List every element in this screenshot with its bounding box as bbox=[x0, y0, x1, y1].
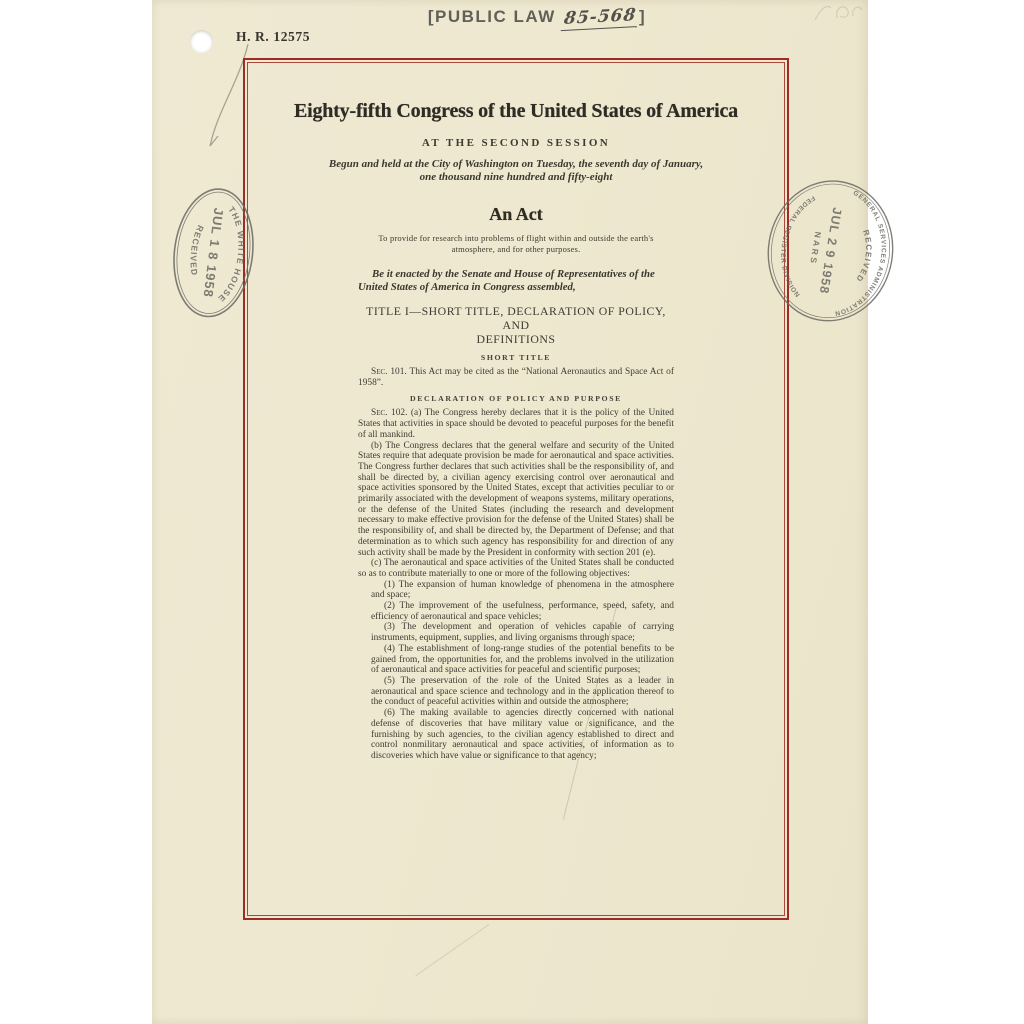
act-heading: An Act bbox=[245, 204, 787, 225]
objective-3: (3) The development and operation of veh… bbox=[371, 622, 674, 643]
enacting-line-2: United States of America in Congress ass… bbox=[358, 281, 674, 294]
public-law-number-handwritten: 85-568 bbox=[560, 5, 639, 31]
title-i-heading-line-1: TITLE I—SHORT TITLE, DECLARATION OF POLI… bbox=[358, 304, 674, 332]
declaration-caption: DECLARATION OF POLICY AND PURPOSE bbox=[358, 394, 674, 403]
convening-line-1: Begun and held at the City of Washington… bbox=[245, 158, 787, 171]
gsa-stamp-nars-text: NARS bbox=[808, 231, 823, 266]
short-title-caption: SHORT TITLE bbox=[358, 353, 674, 362]
gsa-received-stamp: GENERAL SERVICES ADMINISTRATION RECEIVED… bbox=[748, 163, 908, 339]
gsa-stamp-received-text: RECEIVED bbox=[853, 227, 877, 285]
bill-number: H. R. 12575 bbox=[236, 29, 310, 45]
section-102-label: Sec. 102. bbox=[371, 408, 407, 418]
objective-5: (5) The preservation of the role of the … bbox=[371, 676, 674, 708]
section-102-paragraph-c: (c) The aeronautical and space activitie… bbox=[358, 558, 674, 579]
pencil-scribble bbox=[807, 0, 867, 26]
objective-6: (6) The making available to agencies dir… bbox=[371, 708, 674, 762]
session-line: AT THE SECOND SESSION bbox=[245, 137, 787, 149]
congress-title: Eighty-fifth Congress of the United Stat… bbox=[245, 100, 787, 123]
public-law-stamp: [PUBLIC LAW85-568] bbox=[392, 7, 682, 29]
act-purpose-line-2: atmosphere, and for other purposes. bbox=[245, 244, 787, 255]
red-rule-border: Eighty-fifth Congress of the United Stat… bbox=[243, 58, 789, 920]
public-law-stamp-prefix: [PUBLIC LAW bbox=[428, 7, 556, 26]
convening-statement: Begun and held at the City of Washington… bbox=[245, 158, 787, 184]
section-102-paragraph-b: (b) The Congress declares that the gener… bbox=[358, 441, 674, 559]
objective-1: (1) The expansion of human knowledge of … bbox=[371, 580, 674, 601]
section-102-paragraph-a: Sec. 102. (a) The Congress hereby declar… bbox=[358, 408, 674, 440]
enacting-line-1: Be it enacted by the Senate and House of… bbox=[358, 268, 674, 281]
act-purpose: To provide for research into problems of… bbox=[245, 233, 787, 254]
section-101-label: Sec. 101. bbox=[371, 367, 407, 377]
title-i-heading-line-2: DEFINITIONS bbox=[358, 332, 674, 346]
title-i-heading: TITLE I—SHORT TITLE, DECLARATION OF POLI… bbox=[358, 304, 674, 346]
objective-4: (4) The establishment of long-range stud… bbox=[371, 644, 674, 676]
white-house-stamp-bottom-text: RECEIVED bbox=[186, 223, 206, 278]
scan-background: H. R. 12575 [PUBLIC LAW85-568] Eighty-fi… bbox=[0, 0, 1024, 1024]
convening-line-2: one thousand nine hundred and fifty-eigh… bbox=[245, 171, 787, 184]
text-column: Be it enacted by the Senate and House of… bbox=[358, 268, 674, 762]
act-text-block: Eighty-fifth Congress of the United Stat… bbox=[245, 60, 787, 918]
section-101: Sec. 101. This Act may be cited as the “… bbox=[358, 367, 674, 388]
svg-text:RECEIVED: RECEIVED bbox=[853, 227, 877, 285]
white-house-stamp-date: JUL 1 8 1958 bbox=[201, 207, 227, 299]
svg-text:RECEIVED: RECEIVED bbox=[186, 223, 206, 278]
gsa-stamp-division-text: FEDERAL REGISTER DIVISION bbox=[772, 190, 817, 300]
enacting-clause: Be it enacted by the Senate and House of… bbox=[358, 268, 674, 293]
document-page: H. R. 12575 [PUBLIC LAW85-568] Eighty-fi… bbox=[152, 0, 868, 1024]
public-law-stamp-suffix: ] bbox=[639, 7, 646, 26]
svg-text:FEDERAL REGISTER DIVISION: FEDERAL REGISTER DIVISION bbox=[772, 190, 817, 300]
objective-2: (2) The improvement of the usefulness, p… bbox=[371, 601, 674, 622]
act-purpose-line-1: To provide for research into problems of… bbox=[245, 233, 787, 244]
white-house-received-stamp: THE WHITE HOUSE RECEIVED JUL 1 8 1958 bbox=[150, 172, 272, 334]
paper-crease-bottom bbox=[415, 924, 489, 976]
